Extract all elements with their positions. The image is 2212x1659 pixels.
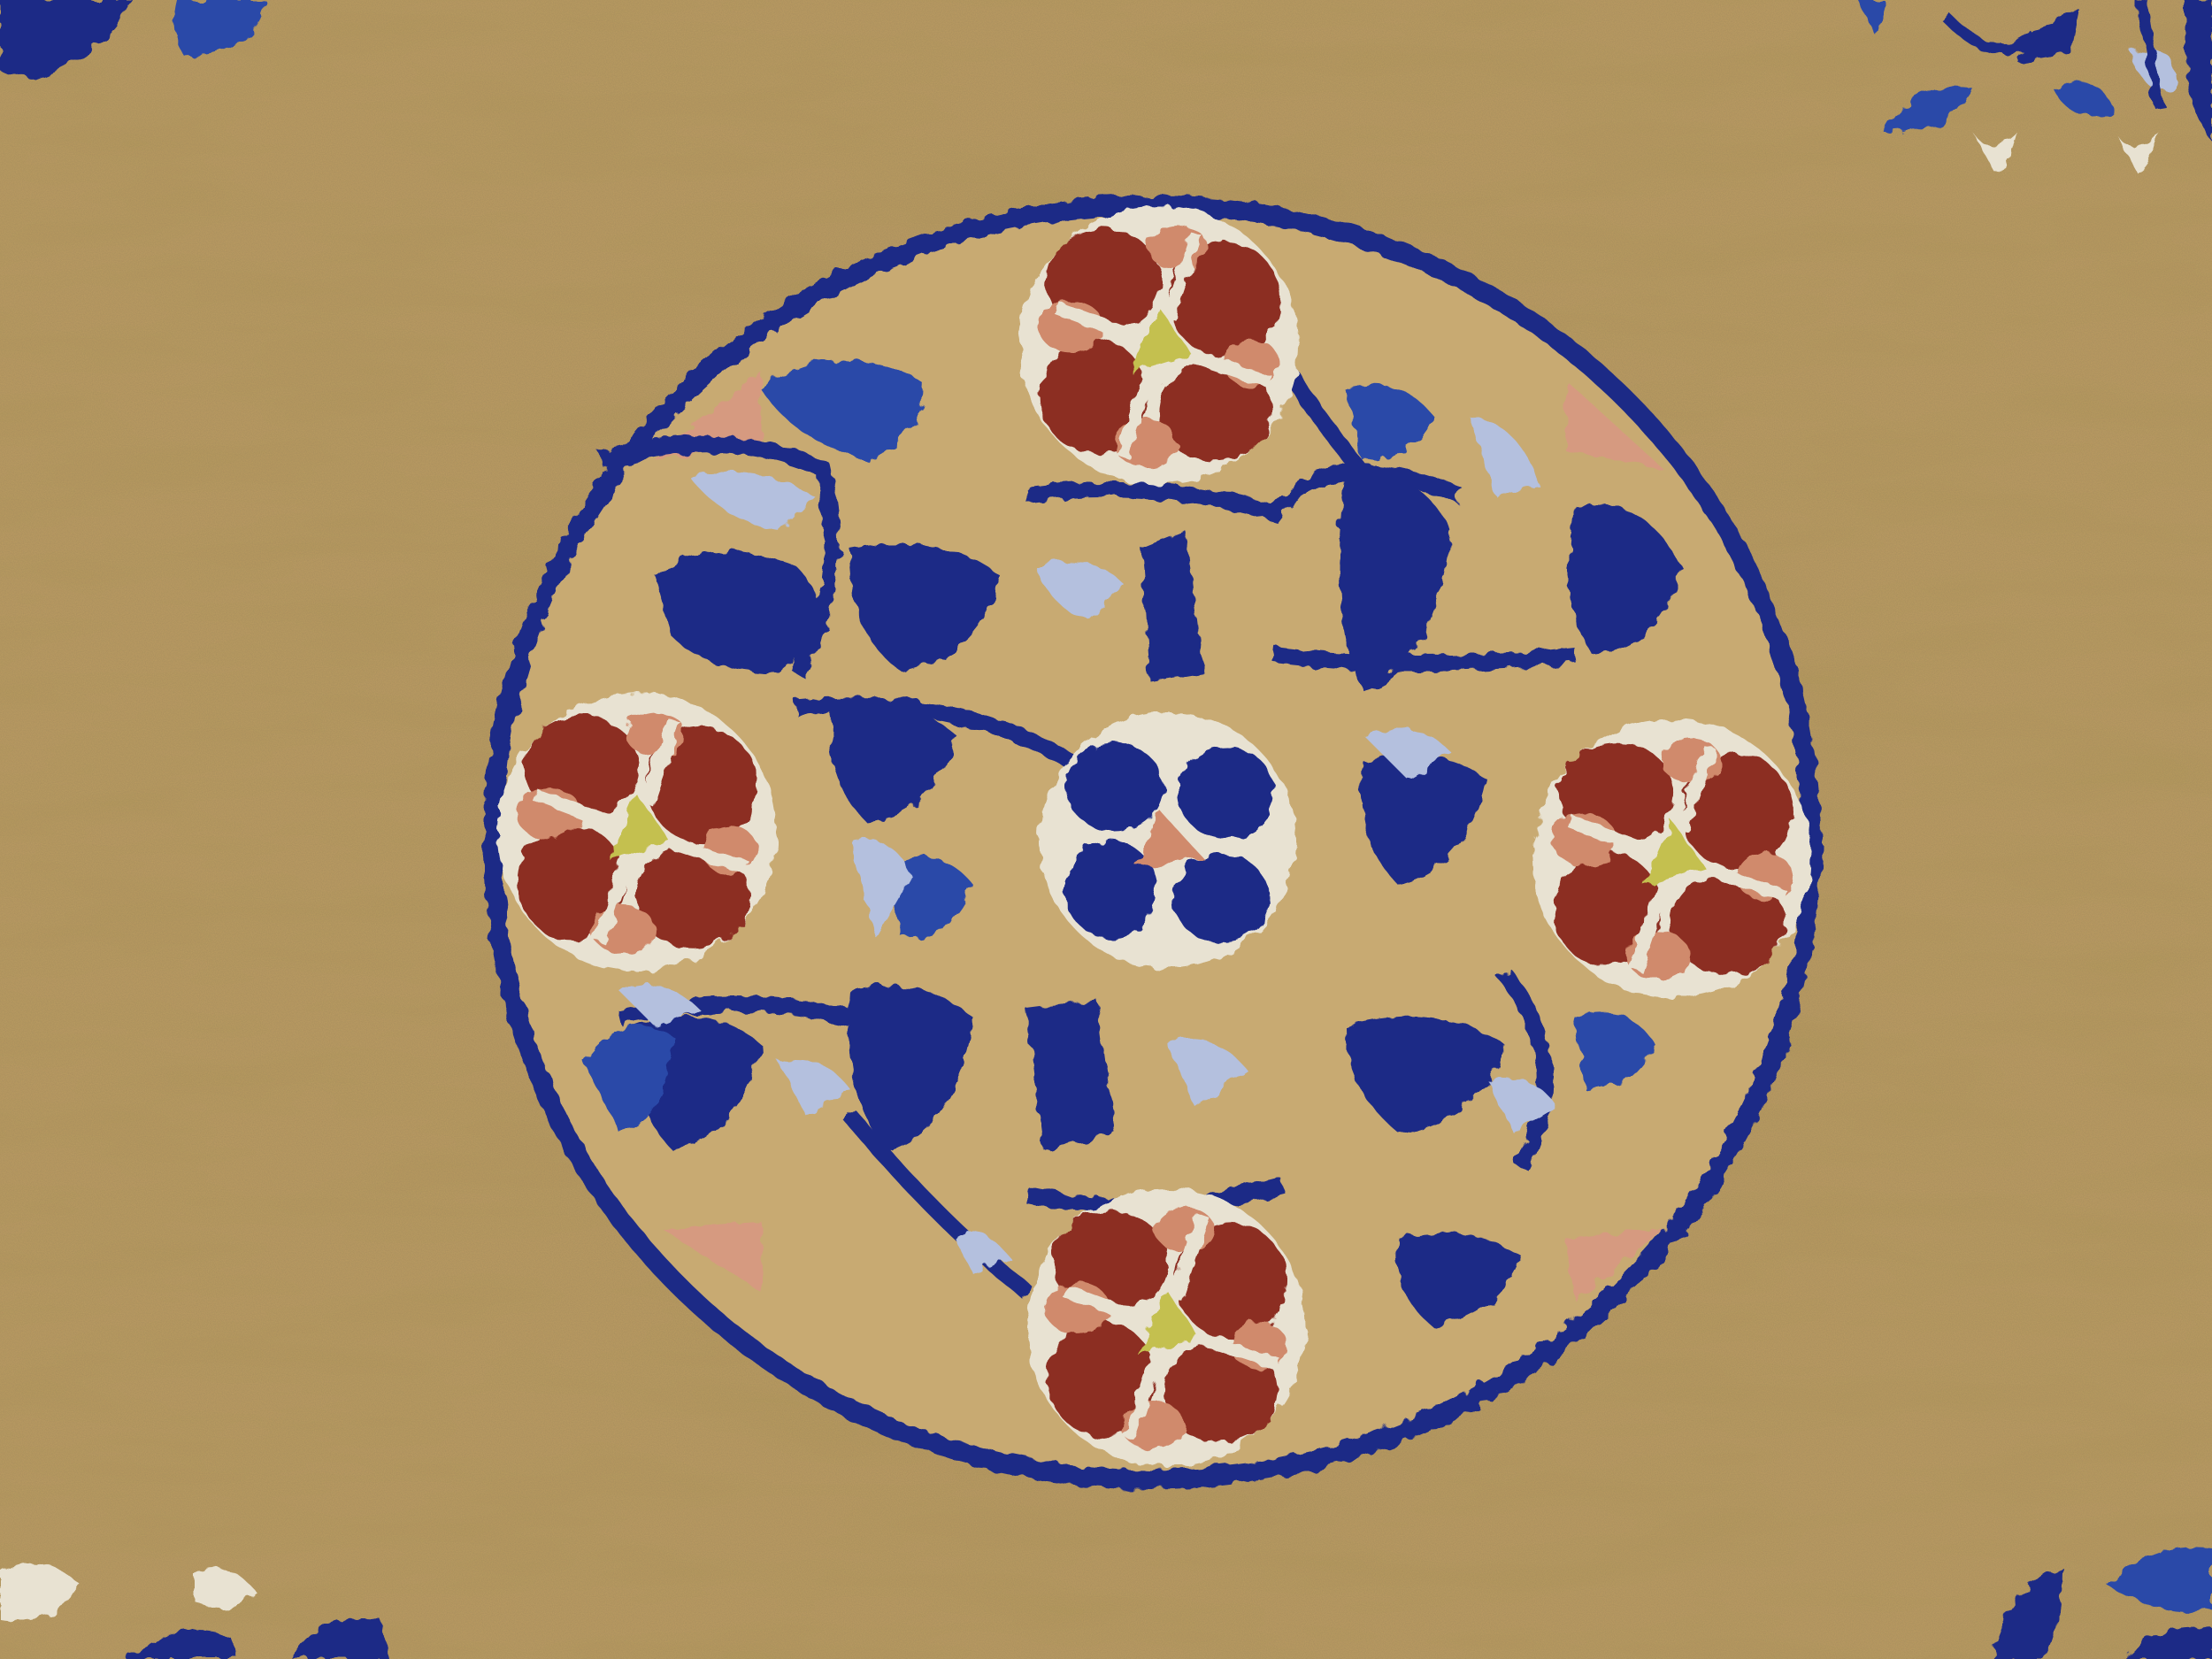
medallion — [493, 205, 1812, 1479]
rug-svg — [0, 0, 2212, 1659]
flower-bottom — [1027, 1188, 1306, 1467]
flower-top — [1020, 206, 1299, 485]
flower-left — [498, 693, 777, 972]
center-flower — [1040, 712, 1296, 969]
flower-right — [1533, 719, 1812, 998]
rug-photo — [0, 0, 2212, 1659]
